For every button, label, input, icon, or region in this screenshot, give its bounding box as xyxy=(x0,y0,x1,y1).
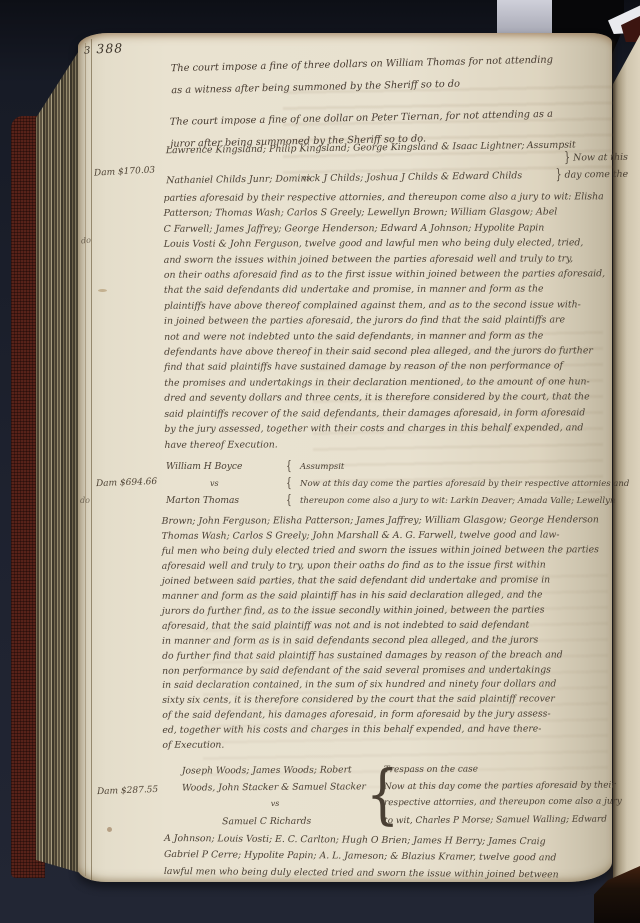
brace-glyph: { xyxy=(286,460,300,474)
text-line: plaintiffs have above thereof complained… xyxy=(164,297,630,314)
text-line: in manner and form as is in said defenda… xyxy=(162,633,632,650)
versus-label: vs xyxy=(302,173,310,182)
page-number: 3388 xyxy=(84,40,124,56)
versus-label: vs xyxy=(166,479,286,488)
margin-damages-note: Dam $694.66 xyxy=(96,477,158,489)
versus-label: vs xyxy=(182,798,368,808)
brace-glyph: } xyxy=(556,167,562,184)
brace-glyph: { xyxy=(366,751,383,839)
text-line: manner and form as the said plaintiff ha… xyxy=(162,588,632,605)
case-record-body-boyce: Brown; John Ferguson; Elisha Patterson; … xyxy=(162,513,633,754)
margin-damages-note: Dam $287.55 xyxy=(97,785,159,797)
margin-crease-line xyxy=(85,43,86,876)
plaintiff-name: William H Boyce xyxy=(166,462,286,472)
text-line: Thomas Wash; Carlos S Greely; John Marsh… xyxy=(162,528,632,545)
text-line: dred and seventy dollars and three cents… xyxy=(164,389,630,406)
text-line: have thereof Execution. xyxy=(164,436,630,453)
paper-stain xyxy=(98,289,107,292)
text-line: of the said defendant, his damages afore… xyxy=(162,708,632,725)
text-line: that the said defendants did undertake a… xyxy=(164,282,630,299)
text-line: on their oaths aforesaid find as to the … xyxy=(164,266,630,283)
brace-glyph: } xyxy=(564,150,570,167)
defendant-name: Marton Thomas xyxy=(166,496,286,506)
page-edge-stack xyxy=(36,46,82,880)
text-line: C Farwell; James Jaffrey; George Henders… xyxy=(164,220,630,237)
margin-ditto-mark: do xyxy=(80,496,90,505)
text-line: Brown; John Ferguson; Elisha Patterson; … xyxy=(162,513,632,530)
text-line: of Execution. xyxy=(162,737,632,754)
text-line: by the jury assessed, together with thei… xyxy=(164,420,630,437)
plaintiffs-names: Joseph Woods; James Woods; Robert xyxy=(182,764,368,776)
text-line: jurors do further find, as to the issue … xyxy=(162,603,632,620)
margin-damages-note: Dam $170.03 xyxy=(94,165,156,178)
text-line: defendants have above thereof in their s… xyxy=(164,343,630,360)
case-record-body-kingsland: parties aforesaid by their respective at… xyxy=(164,189,631,453)
text-line: aforesaid, that the said plaintiff was n… xyxy=(162,618,632,635)
margin-ditto-mark: do xyxy=(81,236,92,246)
folio-number: 388 xyxy=(96,40,123,56)
opening-words: respective attornies, and thereupon come… xyxy=(384,796,634,808)
text-line: and sworn the issues within joined betwe… xyxy=(164,251,630,268)
opening-words: Now at this xyxy=(573,152,628,164)
action-type-label: Trespass on the case xyxy=(384,763,634,775)
text-line: ed, together with his costs and charges … xyxy=(162,723,632,740)
action-type-label: Assumpsit xyxy=(300,462,640,472)
text-line: aforesaid well and truly to try, upon th… xyxy=(162,558,632,575)
defendants-names: Nathaniel Childs Junr; Dominick J Childs… xyxy=(166,170,553,186)
text-line: joined between said parties, that the sa… xyxy=(162,573,632,590)
brace-glyph: { xyxy=(286,477,300,491)
photo-backdrop: 3388 The court impose a fine of three do… xyxy=(0,0,640,923)
text-line: in said declaration contained, in the su… xyxy=(162,678,632,695)
text-line: find that said plaintiffs have sustained… xyxy=(164,359,630,376)
margin-crease-line xyxy=(91,39,92,880)
case-record-body-woods: A Johnson; Louis Vosti; E. C. Carlton; H… xyxy=(164,831,634,884)
court-fine-entry-thomas: The court impose a fine of three dollars… xyxy=(171,48,632,102)
caption-row: Marton Thomas { thereupon come also a ju… xyxy=(166,496,640,513)
brace-glyph: { xyxy=(286,494,300,508)
paper-stain xyxy=(107,827,112,832)
plaintiffs-names: Woods, John Stacker & Samuel Stacker xyxy=(182,781,368,793)
caption-row: Nathaniel Childs Junr; Dominick J Childs… xyxy=(166,169,628,186)
text-line: the promises and undertakings in their d… xyxy=(164,374,630,391)
text-line: parties aforesaid by their respective at… xyxy=(164,189,630,206)
text-line: non performance by said defendant of the… xyxy=(162,663,632,680)
continuation-words: day come the xyxy=(565,169,629,181)
text-line: ful men who being duly elected tried and… xyxy=(162,543,632,560)
jury-words: thereupon come also a jury to wit: Larki… xyxy=(300,496,640,506)
text-line: Patterson; Thomas Wash; Carlos S Greely;… xyxy=(164,205,630,222)
defendant-name: Samuel C Richards xyxy=(182,815,368,827)
jury-words: to wit, Charles P Morse; Samuel Walling;… xyxy=(384,814,634,826)
text-line: sixty six cents, it is therefore conside… xyxy=(162,693,632,710)
caption-row: William H Boyce { Assumpsit xyxy=(166,462,640,479)
case-caption-kingsland-v-childs: Lawrence Kingsland; Philip Kingsland; Ge… xyxy=(166,139,629,186)
case-caption-woods-v-richards: { Joseph Woods; James Woods; Robert Tres… xyxy=(182,762,634,833)
folio-prefix: 3 xyxy=(84,45,92,56)
background-light-patch xyxy=(497,0,557,34)
text-line: not and were not indebted unto the said … xyxy=(164,328,630,345)
opening-words: Now at this day come the parties aforesa… xyxy=(300,479,640,489)
text-line: lawful men who being duly elected tried … xyxy=(164,864,634,885)
ledger-page: 3388 The court impose a fine of three do… xyxy=(78,33,612,882)
case-caption-boyce-v-thomas: William H Boyce { Assumpsit vs { Now at … xyxy=(166,462,640,513)
text-line: said plaintiffs recover of the said defe… xyxy=(164,405,630,422)
caption-row: Samuel C Richards to wit, Charles P Mors… xyxy=(182,813,634,833)
text-line: in joined between the parties aforesaid,… xyxy=(164,312,630,329)
text-line: do further find that said plaintiff has … xyxy=(162,648,632,665)
opening-words: Now at this day come the parties aforesa… xyxy=(384,780,634,792)
caption-row: vs { Now at this day come the parties af… xyxy=(166,479,640,496)
text-line: Louis Vosti & John Ferguson, twelve good… xyxy=(164,235,630,252)
